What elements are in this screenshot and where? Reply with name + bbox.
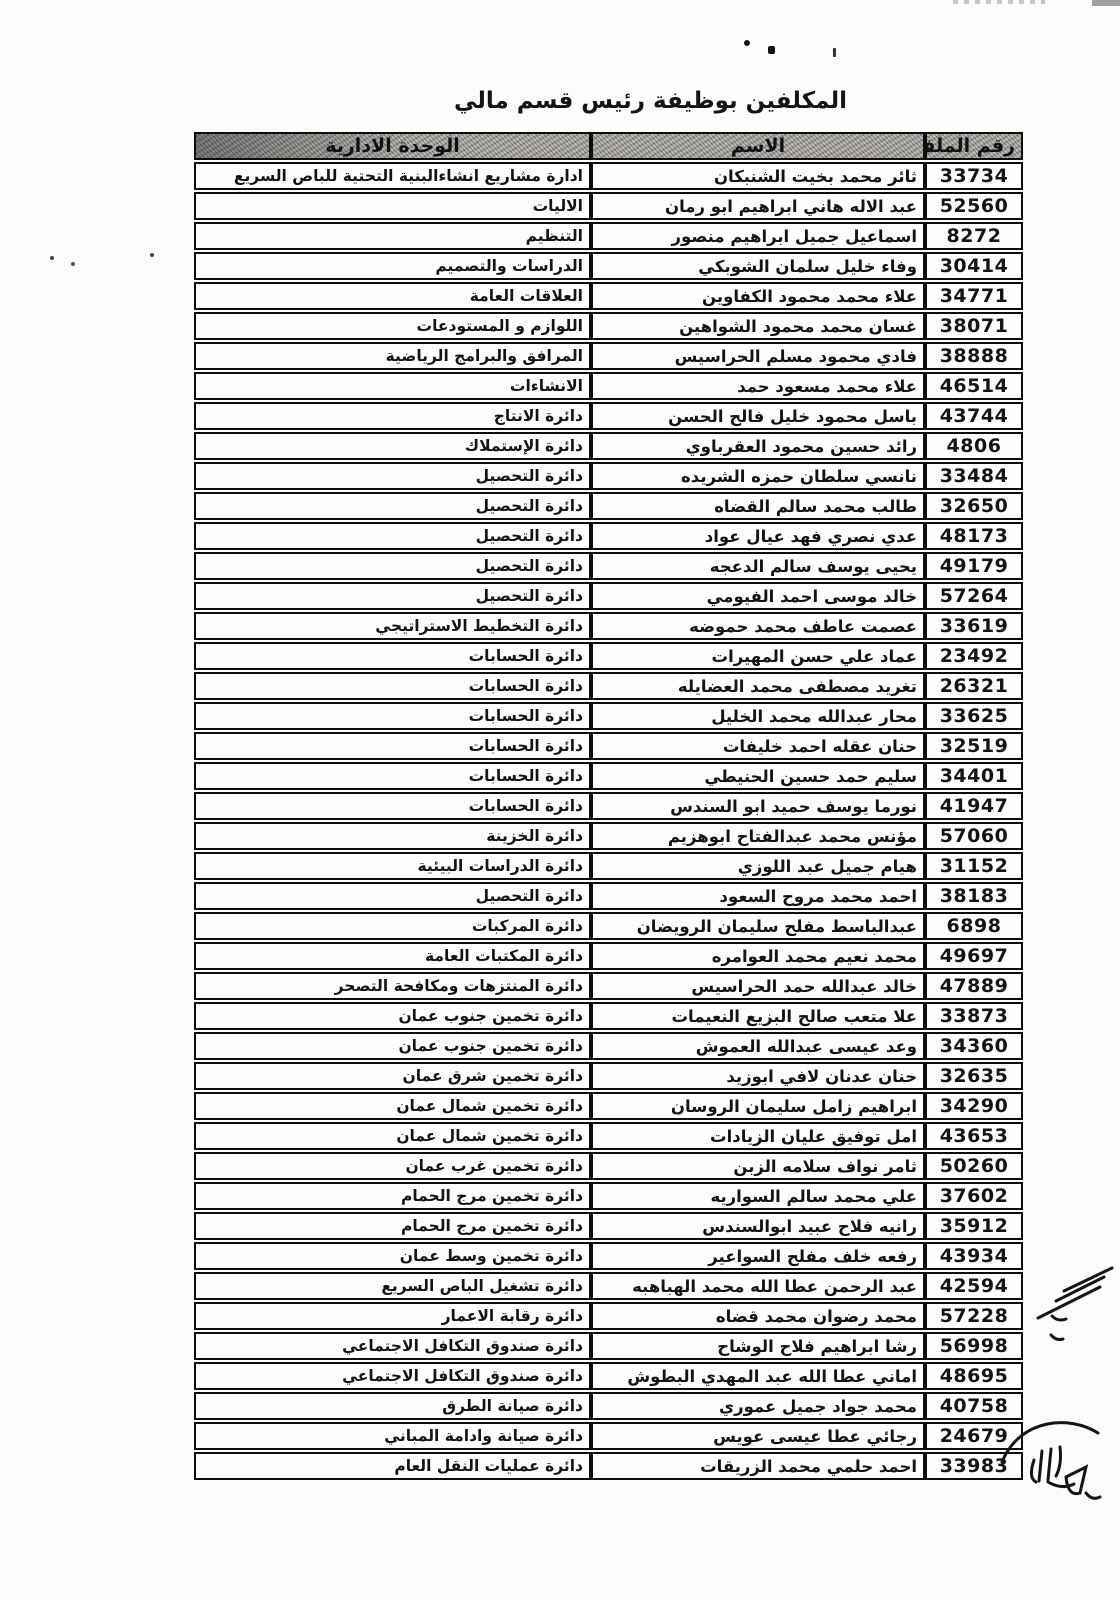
cell-file-number: 34290 — [925, 1092, 1023, 1120]
cell-unit: دائرة الحسابات — [194, 732, 591, 760]
cell-name: عبد الاله هاني ابراهيم ابو رمان — [591, 192, 925, 220]
ink-speck — [768, 46, 775, 54]
header-row: رقم الملف الاسم الوحدة الادارية — [194, 132, 1023, 160]
cell-name: وفاء خليل سلمان الشوبكي — [591, 252, 925, 280]
cell-name: تغريد مصطفى محمد العضايله — [591, 672, 925, 700]
cell-unit: المرافق والبرامج الرياضية — [194, 342, 591, 370]
cell-unit: الانشاءات — [194, 372, 591, 400]
cell-name: سليم حمد حسين الحنيطي — [591, 762, 925, 790]
ink-speck — [150, 253, 154, 257]
cell-name: احمد حلمي محمد الزريقات — [591, 1452, 925, 1480]
cell-unit: دائرة تخمين وسط عمان — [194, 1242, 591, 1270]
header-unit: الوحدة الادارية — [194, 132, 591, 160]
table-row: 38071غسان محمد محمود الشواهيناللوازم و ا… — [194, 312, 1023, 340]
table-row: 37602علي محمد سالم السواريهدائرة تخمين م… — [194, 1182, 1023, 1210]
cell-unit: دائرة التحصيل — [194, 522, 591, 550]
cell-file-number: 43744 — [925, 402, 1023, 430]
table-row: 38888فادي محمود مسلم الحراسيسالمرافق وال… — [194, 342, 1023, 370]
cell-file-number: 32635 — [925, 1062, 1023, 1090]
cell-name: رجائي عطا عيسى عويس — [591, 1422, 925, 1450]
cell-file-number: 47889 — [925, 972, 1023, 1000]
scan-noise-top — [953, 0, 1045, 4]
cell-unit: دائرة التحصيل — [194, 552, 591, 580]
table-row: 35912رانيه فلاح عبيد ابوالسندسدائرة تخمي… — [194, 1212, 1023, 1240]
cell-unit: دائرة الانتاج — [194, 402, 591, 430]
cell-unit: ادارة مشاريع انشاءالبنية التحتية للباص ا… — [194, 162, 591, 190]
cell-name: خالد موسى احمد الفيومي — [591, 582, 925, 610]
cell-unit: دائرة تخمين جنوب عمان — [194, 1002, 591, 1030]
cell-name: اسماعيل جميل ابراهيم منصور — [591, 222, 925, 250]
cell-file-number: 32519 — [925, 732, 1023, 760]
table-header: رقم الملف الاسم الوحدة الادارية — [194, 132, 1023, 160]
table-row: 46514علاء محمد مسعود حمدالانشاءات — [194, 372, 1023, 400]
table-row: 4806رائد حسين محمود العقرباويدائرة الإست… — [194, 432, 1023, 460]
table-row: 57060مؤنس محمد عبدالفتاح ابوهزيمدائرة ال… — [194, 822, 1023, 850]
table-row: 50260ثامر نواف سلامه الزبندائرة تخمين غر… — [194, 1152, 1023, 1180]
table-row: 43934رفعه خلف مفلح السواعيردائرة تخمين و… — [194, 1242, 1023, 1270]
cell-file-number: 48173 — [925, 522, 1023, 550]
cell-unit: دائرة تخمين جنوب عمان — [194, 1032, 591, 1060]
header-file-number: رقم الملف — [925, 132, 1023, 160]
cell-file-number: 38071 — [925, 312, 1023, 340]
cell-file-number: 38888 — [925, 342, 1023, 370]
table-row: 34771علاء محمد محمود الكفاوينالعلاقات ال… — [194, 282, 1023, 310]
table-row: 40758محمد جواد جميل عموريدائرة صيانة الط… — [194, 1392, 1023, 1420]
cell-file-number: 4806 — [925, 432, 1023, 460]
table-row: 57228محمد رضوان محمد قضاهدائرة رقابة الا… — [194, 1302, 1023, 1330]
cell-name: علاء محمد مسعود حمد — [591, 372, 925, 400]
table-row: 49179يحيى يوسف سالم الدعجهدائرة التحصيل — [194, 552, 1023, 580]
cell-file-number: 38183 — [925, 882, 1023, 910]
cell-name: عماد علي حسن المهيرات — [591, 642, 925, 670]
table-row: 43653امل توفيق عليان الزياداتدائرة تخمين… — [194, 1122, 1023, 1150]
table-row: 33625محار عبدالله محمد الخليلدائرة الحسا… — [194, 702, 1023, 730]
table-row: 32650طالب محمد سالم القضاهدائرة التحصيل — [194, 492, 1023, 520]
cell-file-number: 34401 — [925, 762, 1023, 790]
cell-unit: دائرة صيانة وادامة المباني — [194, 1422, 591, 1450]
cell-unit: دائرة الحسابات — [194, 702, 591, 730]
cell-unit: دائرة صندوق التكافل الاجتماعي — [194, 1362, 591, 1390]
cell-file-number: 57060 — [925, 822, 1023, 850]
cell-name: محمد جواد جميل عموري — [591, 1392, 925, 1420]
cell-unit: دائرة المنتزهات ومكافحة التصحر — [194, 972, 591, 1000]
cell-file-number: 41947 — [925, 792, 1023, 820]
ink-speck — [50, 256, 54, 260]
cell-name: خالد عبدالله حمد الحراسيس — [591, 972, 925, 1000]
table-row: 34290ابراهيم زامل سليمان الروساندائرة تخ… — [194, 1092, 1023, 1120]
cell-unit: دائرة الحسابات — [194, 672, 591, 700]
table-row: 48173عدي نصري فهد عيال عواددائرة التحصيل — [194, 522, 1023, 550]
cell-unit: التنظيم — [194, 222, 591, 250]
cell-name: علاء محمد محمود الكفاوين — [591, 282, 925, 310]
cell-unit: دائرة المكتبات العامة — [194, 942, 591, 970]
cell-file-number: 26321 — [925, 672, 1023, 700]
cell-file-number: 23492 — [925, 642, 1023, 670]
cell-name: باسل محمود خليل فالح الحسن — [591, 402, 925, 430]
scan-noise-corner — [1092, 0, 1120, 6]
cell-file-number: 34360 — [925, 1032, 1023, 1060]
table-row: 8272اسماعيل جميل ابراهيم منصورالتنظيم — [194, 222, 1023, 250]
cell-name: طالب محمد سالم القضاه — [591, 492, 925, 520]
cell-file-number: 30414 — [925, 252, 1023, 280]
table-row: 31152هيام جميل عبد اللوزيدائرة الدراسات … — [194, 852, 1023, 880]
cell-unit: دائرة الحسابات — [194, 792, 591, 820]
cell-name: نورما يوسف حميد ابو السندس — [591, 792, 925, 820]
cell-unit: دائرة عمليات النقل العام — [194, 1452, 591, 1480]
cell-unit: دائرة صيانة الطرق — [194, 1392, 591, 1420]
table-body: 33734ثائر محمد بخيت الشنبكانادارة مشاريع… — [194, 162, 1023, 1480]
cell-file-number: 33873 — [925, 1002, 1023, 1030]
table-row: 41947نورما يوسف حميد ابو السندسدائرة الح… — [194, 792, 1023, 820]
cell-name: غسان محمد محمود الشواهين — [591, 312, 925, 340]
cell-unit: دائرة صندوق التكافل الاجتماعي — [194, 1332, 591, 1360]
cell-unit: دائرة الحسابات — [194, 762, 591, 790]
cell-name: علا متعب صالح البزيع النعيمات — [591, 1002, 925, 1030]
cell-name: محار عبدالله محمد الخليل — [591, 702, 925, 730]
cell-name: هيام جميل عبد اللوزي — [591, 852, 925, 880]
cell-name: ابراهيم زامل سليمان الروسان — [591, 1092, 925, 1120]
cell-file-number: 43653 — [925, 1122, 1023, 1150]
cell-file-number: 31152 — [925, 852, 1023, 880]
cell-unit: دائرة التحصيل — [194, 582, 591, 610]
assignments-table-wrap: رقم الملف الاسم الوحدة الادارية 33734ثائ… — [194, 130, 1023, 1482]
handwritten-signature-mark — [1002, 1423, 1100, 1499]
table-row: 43744باسل محمود خليل فالح الحسندائرة الا… — [194, 402, 1023, 430]
cell-name: يحيى يوسف سالم الدعجه — [591, 552, 925, 580]
cell-unit: دائرة المركبات — [194, 912, 591, 940]
cell-file-number: 52560 — [925, 192, 1023, 220]
ink-speck — [744, 40, 750, 46]
table-row: 26321تغريد مصطفى محمد العضايلهدائرة الحس… — [194, 672, 1023, 700]
cell-file-number: 50260 — [925, 1152, 1023, 1180]
cell-file-number: 37602 — [925, 1182, 1023, 1210]
table-row: 33484نانسي سلطان حمزه الشريدهدائرة التحص… — [194, 462, 1023, 490]
cell-unit: دائرة تخمين مرج الحمام — [194, 1182, 591, 1210]
ink-speck — [833, 48, 836, 57]
cell-file-number: 6898 — [925, 912, 1023, 940]
cell-file-number: 33625 — [925, 702, 1023, 730]
table-row: 24679رجائي عطا عيسى عويسدائرة صيانة وادا… — [194, 1422, 1023, 1450]
cell-file-number: 8272 — [925, 222, 1023, 250]
cell-unit: دائرة تخمين شمال عمان — [194, 1092, 591, 1120]
table-row: 30414وفاء خليل سلمان الشوبكيالدراسات وال… — [194, 252, 1023, 280]
cell-name: اماني عطا الله عبد المهدي البطوش — [591, 1362, 925, 1390]
cell-name: عبد الرحمن عطا الله محمد الهباهبه — [591, 1272, 925, 1300]
cell-file-number: 33619 — [925, 612, 1023, 640]
cell-name: علي محمد سالم السواريه — [591, 1182, 925, 1210]
table-row: 6898عبدالباسط مفلح سليمان الرويضاندائرة … — [194, 912, 1023, 940]
table-row: 47889خالد عبدالله حمد الحراسيسدائرة المن… — [194, 972, 1023, 1000]
cell-unit: دائرة التخطيط الاستراتيجي — [194, 612, 591, 640]
cell-name: رفعه خلف مفلح السواعير — [591, 1242, 925, 1270]
cell-name: وعد عيسى عبدالله العموش — [591, 1032, 925, 1060]
cell-unit: دائرة تشغيل الباص السريع — [194, 1272, 591, 1300]
cell-name: احمد محمد مروح السعود — [591, 882, 925, 910]
table-row: 33619عصمت عاطف محمد حموضهدائرة التخطيط ا… — [194, 612, 1023, 640]
cell-unit: دائرة التحصيل — [194, 492, 591, 520]
table-row: 23492عماد علي حسن المهيراتدائرة الحسابات — [194, 642, 1023, 670]
cell-file-number: 57264 — [925, 582, 1023, 610]
cell-unit: دائرة الحسابات — [194, 642, 591, 670]
cell-unit: اللوازم و المستودعات — [194, 312, 591, 340]
cell-file-number: 34771 — [925, 282, 1023, 310]
table-row: 57264خالد موسى احمد الفيوميدائرة التحصيل — [194, 582, 1023, 610]
table-row: 52560عبد الاله هاني ابراهيم ابو رمانالال… — [194, 192, 1023, 220]
table-row: 49697محمد نعيم محمد العوامرهدائرة المكتب… — [194, 942, 1023, 970]
table-row: 33734ثائر محمد بخيت الشنبكانادارة مشاريع… — [194, 162, 1023, 190]
cell-unit: الاليات — [194, 192, 591, 220]
cell-file-number: 46514 — [925, 372, 1023, 400]
handwritten-slashes-mark — [1038, 1268, 1112, 1340]
cell-file-number: 49179 — [925, 552, 1023, 580]
cell-name: محمد رضوان محمد قضاه — [591, 1302, 925, 1330]
cell-name: رانيه فلاح عبيد ابوالسندس — [591, 1212, 925, 1240]
cell-unit: دائرة تخمين مرج الحمام — [194, 1212, 591, 1240]
table-row: 56998رشا ابراهيم فلاح الوشاحدائرة صندوق … — [194, 1332, 1023, 1360]
scanned-document-page: المكلفين بوظيفة رئيس قسم مالي رقم الملف … — [0, 0, 1120, 1600]
handwritten-margin-marks — [990, 1230, 1120, 1500]
cell-unit: الدراسات والتصميم — [194, 252, 591, 280]
cell-unit: دائرة تخمين غرب عمان — [194, 1152, 591, 1180]
cell-name: فادي محمود مسلم الحراسيس — [591, 342, 925, 370]
table-row: 34360وعد عيسى عبدالله العموشدائرة تخمين … — [194, 1032, 1023, 1060]
ink-speck — [71, 262, 75, 266]
assignments-table: رقم الملف الاسم الوحدة الادارية 33734ثائ… — [194, 130, 1023, 1482]
cell-name: ثائر محمد بخيت الشنبكان — [591, 162, 925, 190]
cell-name: عصمت عاطف محمد حموضه — [591, 612, 925, 640]
cell-name: مؤنس محمد عبدالفتاح ابوهزيم — [591, 822, 925, 850]
cell-unit: دائرة التحصيل — [194, 882, 591, 910]
cell-file-number: 33734 — [925, 162, 1023, 190]
table-row: 42594عبد الرحمن عطا الله محمد الهباهبهدا… — [194, 1272, 1023, 1300]
cell-name: رائد حسين محمود العقرباوي — [591, 432, 925, 460]
table-row: 33873علا متعب صالح البزيع النعيماتدائرة … — [194, 1002, 1023, 1030]
cell-name: حنان عقله احمد خليفات — [591, 732, 925, 760]
cell-file-number: 32650 — [925, 492, 1023, 520]
cell-unit: دائرة رقابة الاعمار — [194, 1302, 591, 1330]
page-title: المكلفين بوظيفة رئيس قسم مالي — [237, 88, 1064, 114]
table-row: 33983احمد حلمي محمد الزريقاتدائرة عمليات… — [194, 1452, 1023, 1480]
table-row: 38183احمد محمد مروح السعوددائرة التحصيل — [194, 882, 1023, 910]
table-row: 48695اماني عطا الله عبد المهدي البطوشدائ… — [194, 1362, 1023, 1390]
cell-name: عدي نصري فهد عيال عواد — [591, 522, 925, 550]
cell-unit: دائرة تخمين شمال عمان — [194, 1122, 591, 1150]
cell-unit: دائرة الدراسات البيئية — [194, 852, 591, 880]
cell-name: رشا ابراهيم فلاح الوشاح — [591, 1332, 925, 1360]
cell-name: محمد نعيم محمد العوامره — [591, 942, 925, 970]
cell-name: حنان عدنان لافي ابوزيد — [591, 1062, 925, 1090]
cell-file-number: 49697 — [925, 942, 1023, 970]
cell-unit: دائرة الخزينة — [194, 822, 591, 850]
cell-unit: دائرة الإستملاك — [194, 432, 591, 460]
cell-unit: دائرة تخمين شرق عمان — [194, 1062, 591, 1090]
cell-name: ثامر نواف سلامه الزبن — [591, 1152, 925, 1180]
table-row: 32635حنان عدنان لافي ابوزيددائرة تخمين ش… — [194, 1062, 1023, 1090]
cell-name: نانسي سلطان حمزه الشريده — [591, 462, 925, 490]
header-name: الاسم — [591, 132, 925, 160]
cell-name: امل توفيق عليان الزيادات — [591, 1122, 925, 1150]
table-row: 34401سليم حمد حسين الحنيطيدائرة الحسابات — [194, 762, 1023, 790]
table-row: 32519حنان عقله احمد خليفاتدائرة الحسابات — [194, 732, 1023, 760]
cell-name: عبدالباسط مفلح سليمان الرويضان — [591, 912, 925, 940]
cell-unit: دائرة التحصيل — [194, 462, 591, 490]
cell-unit: العلاقات العامة — [194, 282, 591, 310]
cell-file-number: 33484 — [925, 462, 1023, 490]
